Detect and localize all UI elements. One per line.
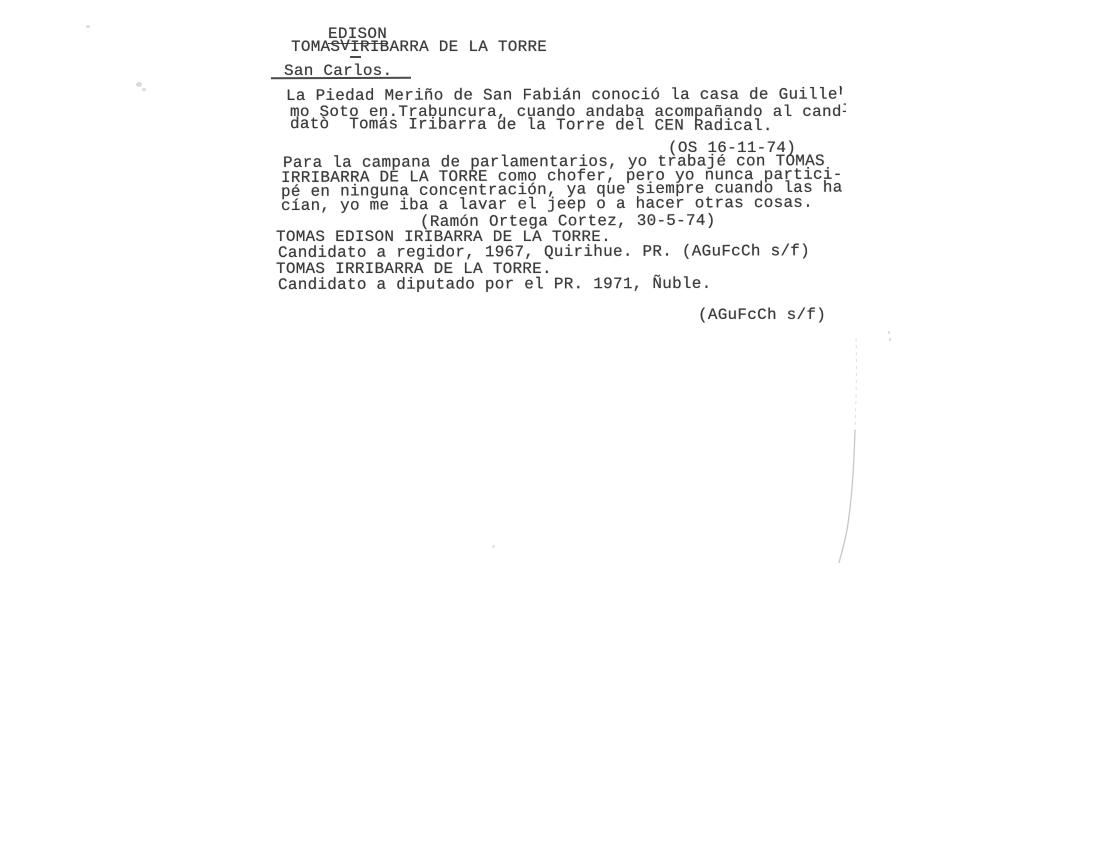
title-post: IRIBARRA DE LA TORRE: [350, 38, 547, 56]
scanned-document-page: EDISON TOMASVIRIBARRA DE LA TORRE San Ca…: [0, 0, 1100, 850]
document-title: TOMASVIRIBARRA DE LA TORRE: [291, 40, 547, 55]
entry-detail: Candidato a diputado por el PR. 1971, Ñu…: [278, 277, 712, 293]
scan-smudge-artifact: [136, 82, 142, 87]
entry-detail: Candidato a regidor, 1967, Quirihue. PR.…: [278, 244, 810, 261]
citation: (AGuFcCh s/f): [698, 308, 826, 323]
scan-speck-artifact: [492, 545, 495, 548]
text-line: datò Tomás Iribarra de la Torre del CEN …: [290, 117, 773, 134]
insertion-caret-mark: V: [340, 37, 350, 55]
scan-speck-artifact: [889, 338, 891, 341]
title-pre: TOMAS: [291, 38, 340, 56]
scan-smudge-artifact: [142, 88, 146, 91]
cut-off-character: i: [842, 101, 846, 116]
caret-underscore-mark: [350, 56, 361, 58]
cut-off-character: r: [838, 84, 842, 99]
scan-speck-artifact: [86, 25, 90, 28]
scan-speck-artifact: [888, 331, 890, 334]
text-line: cían, yo me iba a lavar el jeep o a hace…: [281, 196, 813, 214]
